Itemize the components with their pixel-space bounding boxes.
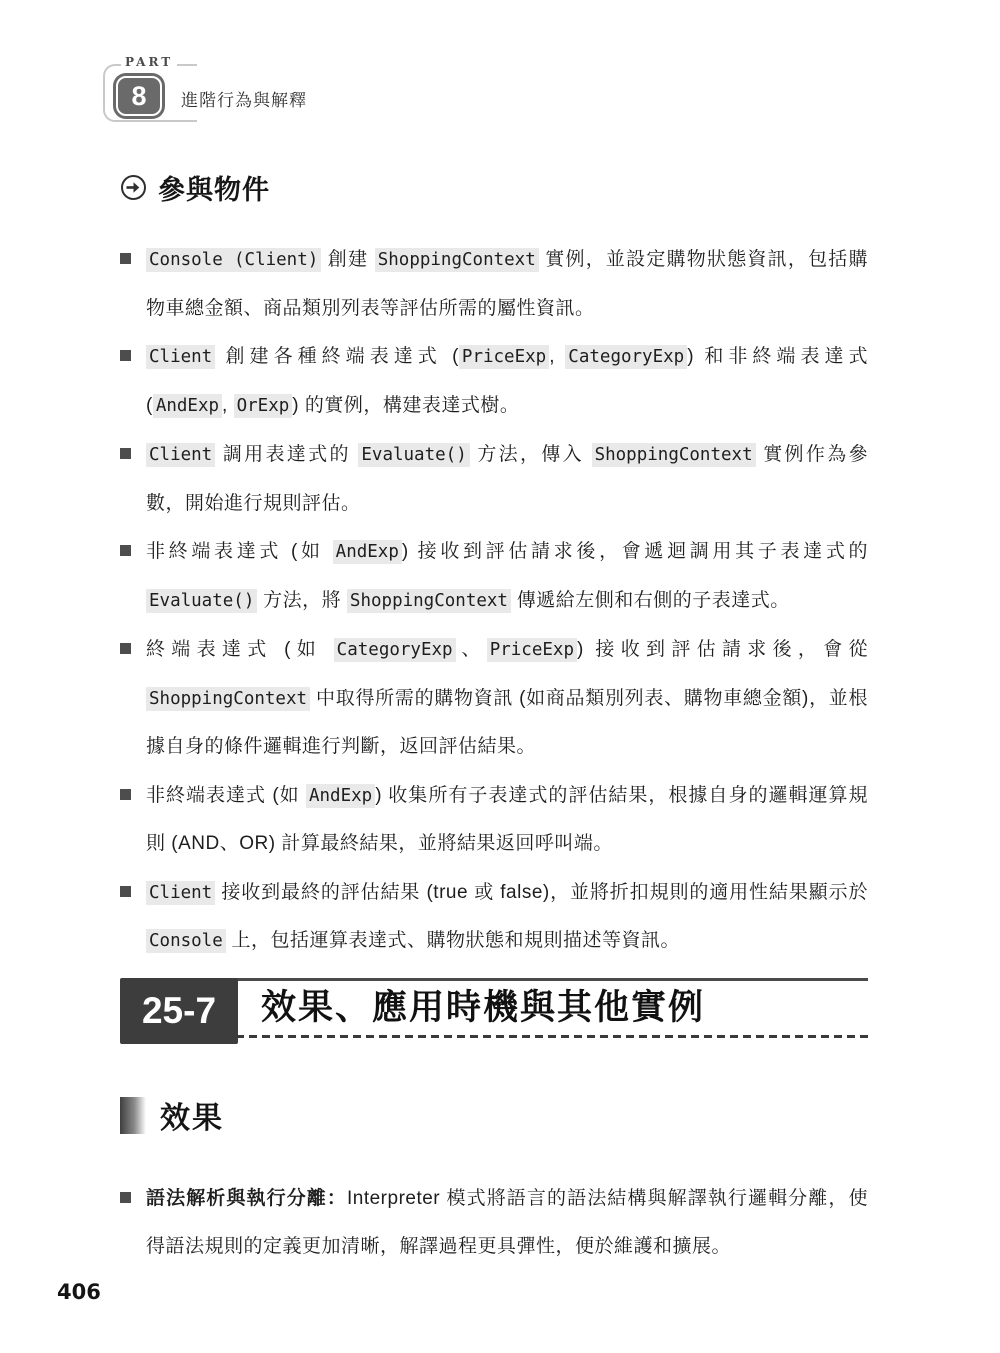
participants-bullet-list: Console (Client) 創建 ShoppingContext 實例，並… [120, 236, 868, 966]
bullet-text: 非終端表達式 (如 AndExp) 收集所有子表達式的評估結果，根據自身的邏輯運… [146, 785, 868, 855]
plain-text: 創建各種終端表達式 ( [215, 346, 459, 367]
plain-text: 、 [456, 639, 487, 660]
plain-text: ) 接收到評估請求後，會遞迴調用其子表達式的 [402, 541, 868, 562]
inline-code: Console [146, 929, 226, 953]
section-banner: 25-7 效果、應用時機與其他實例 [120, 978, 868, 1044]
plain-text: , [222, 395, 234, 416]
plain-text: 非終端表達式 (如 [146, 541, 333, 562]
inline-code: AndExp [306, 784, 375, 808]
plain-text: 方法，傳入 [470, 444, 592, 465]
inline-code: Evaluate() [146, 589, 257, 613]
inline-code: ShoppingContext [592, 443, 756, 467]
section-title: 效果、應用時機與其他實例 [261, 980, 705, 1030]
effects-section: 效果 語法解析與執行分離：Interpreter 模式將語言的語法結構與解譯執行… [120, 1095, 868, 1271]
inline-code: CategoryExp [565, 345, 687, 369]
list-item: Console (Client) 創建 ShoppingContext 實例，並… [120, 236, 868, 332]
inline-code: OrExp [234, 394, 293, 418]
inline-code: Console (Client) [146, 248, 321, 272]
bullet-text: Client 調用表達式的 Evaluate() 方法，傳入 ShoppingC… [146, 444, 868, 514]
list-item: Client 創建各種終端表達式 (PriceExp, CategoryExp)… [120, 333, 868, 430]
plain-text: 上，包括運算表達式、購物狀態和規則描述等資訊。 [226, 930, 680, 951]
effects-heading: 效果 [120, 1095, 868, 1135]
bullet-text: 非終端表達式 (如 AndExp) 接收到評估請求後，會遞迴調用其子表達式的 E… [146, 541, 868, 611]
bullet-square-icon [120, 1192, 131, 1203]
plain-text: 接收到最終的評估結果 (true 或 false)，並將折扣規則的適用性結果顯示… [215, 882, 868, 903]
plain-text: ) 的實例，構建表達式樹。 [292, 395, 519, 416]
section-number-box: 25-7 [120, 978, 238, 1044]
bullet-text: 語法解析與執行分離：Interpreter 模式將語言的語法結構與解譯執行邏輯分… [146, 1188, 868, 1257]
inline-code: PriceExp [459, 345, 549, 369]
bullet-text: Client 創建各種終端表達式 (PriceExp, CategoryExp)… [146, 346, 868, 416]
plain-text: 傳遞給左側和右側的子表達式。 [511, 590, 790, 611]
bold-text: 語法解析與執行分離： [146, 1188, 347, 1209]
part-number-badge: 8 [113, 73, 165, 119]
effects-heading-text: 效果 [160, 1093, 224, 1137]
circle-arrow-right-icon [120, 174, 147, 201]
list-item: 非終端表達式 (如 AndExp) 收集所有子表達式的評估結果，根據自身的邏輯運… [120, 772, 868, 868]
bullet-text: Client 接收到最終的評估結果 (true 或 false)，並將折扣規則的… [146, 882, 868, 952]
bullet-text: 終端表達式 (如 CategoryExp、PriceExp) 接收到評估請求後，… [146, 639, 868, 757]
bullet-square-icon [120, 350, 131, 361]
list-item: Client 調用表達式的 Evaluate() 方法，傳入 ShoppingC… [120, 431, 868, 527]
plain-text: ) 接收到評估請求後，會從 [577, 639, 868, 660]
inline-code: ShoppingContext [347, 589, 511, 613]
inline-code: AndExp [153, 394, 222, 418]
bullet-square-icon [120, 789, 131, 800]
inline-code: Client [146, 345, 215, 369]
bullet-square-icon [120, 253, 131, 264]
inline-code: ShoppingContext [375, 248, 539, 272]
list-item: Client 接收到最終的評估結果 (true 或 false)，並將折扣規則的… [120, 869, 868, 966]
inline-code: Client [146, 443, 215, 467]
inline-code: CategoryExp [334, 638, 456, 662]
bullet-square-icon [120, 545, 131, 556]
inline-code: ShoppingContext [146, 687, 310, 711]
participants-heading: 參與物件 [120, 168, 868, 206]
plain-text: 非終端表達式 (如 [146, 785, 306, 806]
plain-text: 創建 [321, 249, 374, 270]
dashed-divider [236, 1035, 868, 1038]
list-item: 語法解析與執行分離：Interpreter 模式將語言的語法結構與解譯執行邏輯分… [120, 1175, 868, 1270]
bullet-text: Console (Client) 創建 ShoppingContext 實例，並… [146, 249, 868, 319]
inline-code: Client [146, 881, 215, 905]
list-item: 終端表達式 (如 CategoryExp、PriceExp) 接收到評估請求後，… [120, 626, 868, 771]
part-label: PART [121, 55, 177, 69]
participants-heading-text: 參與物件 [158, 168, 270, 207]
inline-code: AndExp [333, 540, 402, 564]
page-number: 406 [57, 1280, 101, 1304]
bullet-square-icon [120, 886, 131, 897]
bullet-square-icon [120, 448, 131, 459]
participants-section: 參與物件 Console (Client) 創建 ShoppingContext… [120, 168, 868, 967]
plain-text: 方法，將 [257, 590, 347, 611]
inline-code: PriceExp [487, 638, 577, 662]
part-title: 進階行為與解釋 [181, 86, 307, 111]
list-item: 非終端表達式 (如 AndExp) 接收到評估請求後，會遞迴調用其子表達式的 E… [120, 528, 868, 625]
bullet-square-icon [120, 643, 131, 654]
inline-code: Evaluate() [358, 443, 469, 467]
effects-bullet-list: 語法解析與執行分離：Interpreter 模式將語言的語法結構與解譯執行邏輯分… [120, 1175, 868, 1270]
gradient-block-icon [120, 1097, 146, 1134]
plain-text: 調用表達式的 [215, 444, 358, 465]
part-header: PART 8 進階行為與解釋 [103, 56, 403, 126]
part-number: 8 [113, 73, 165, 119]
plain-text: 終端表達式 (如 [146, 639, 334, 660]
plain-text: , [549, 346, 565, 367]
